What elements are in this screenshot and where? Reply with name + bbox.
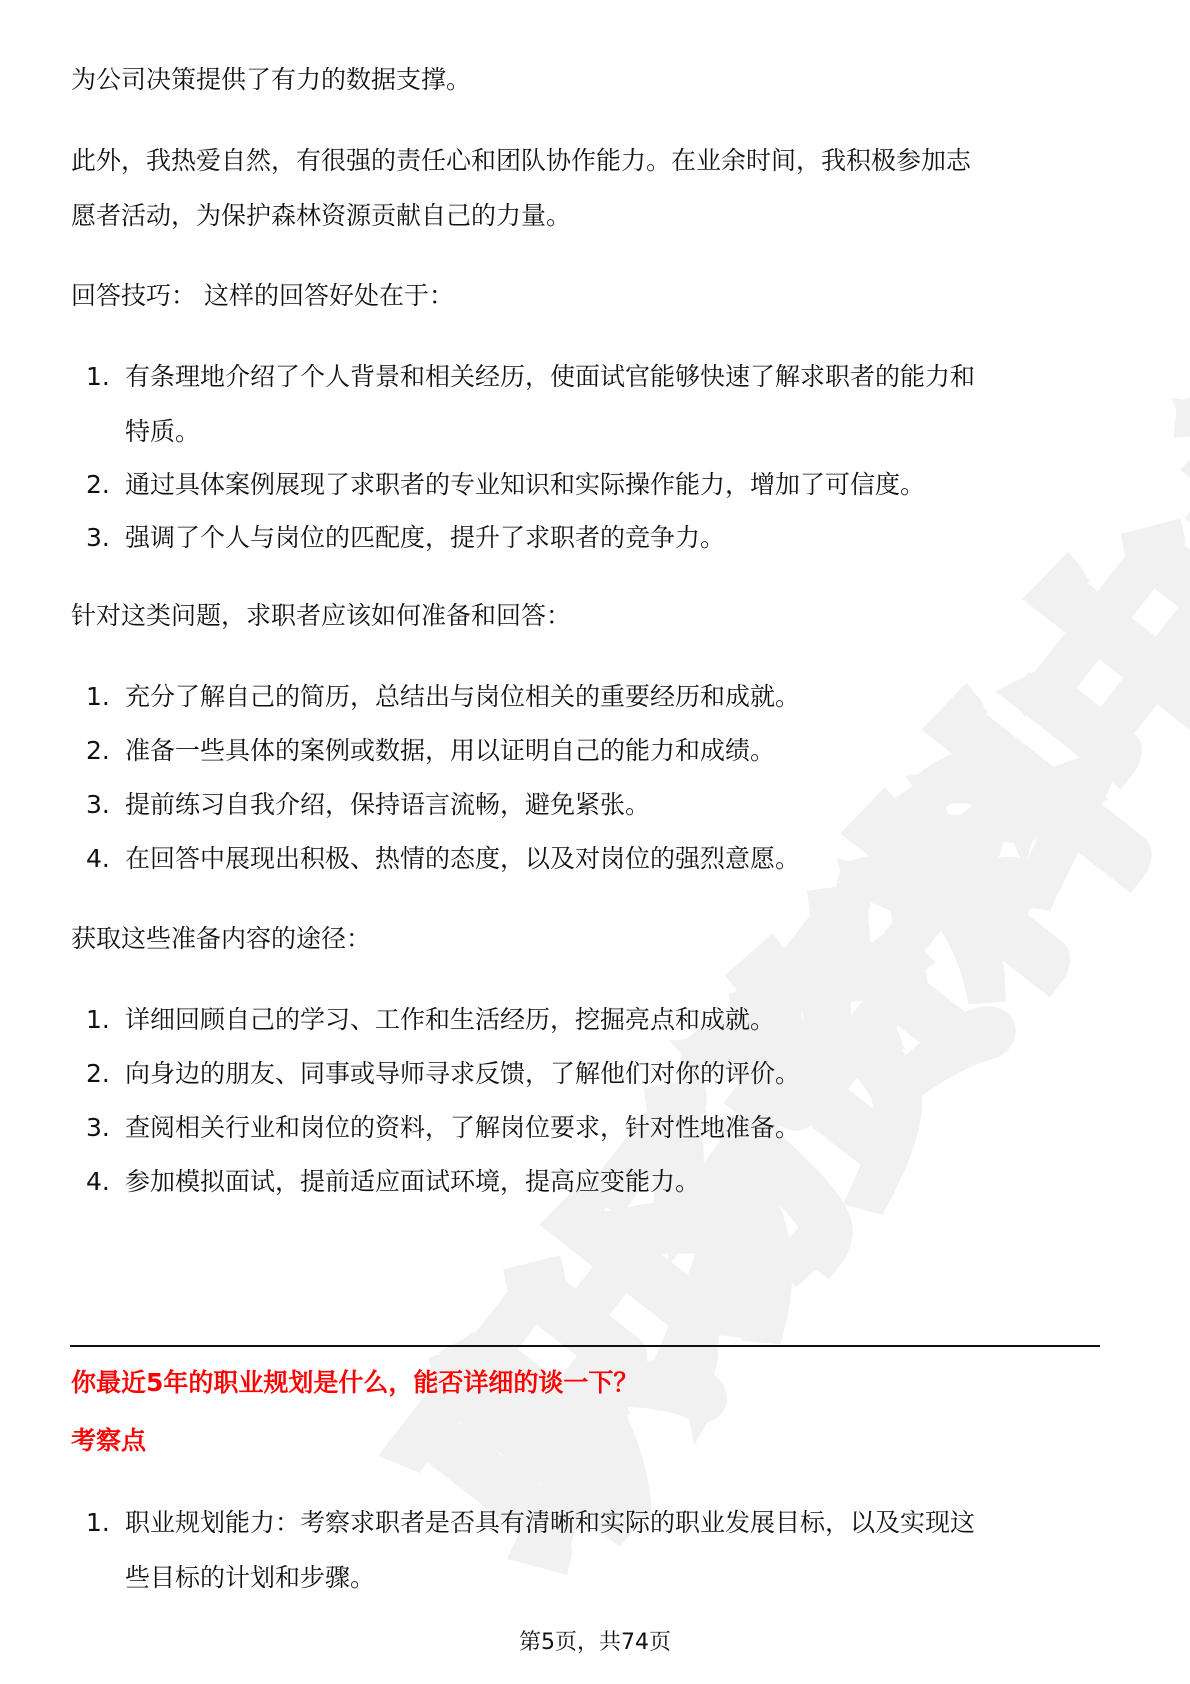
list-number: 3. [86, 792, 125, 817]
list-text: 特质。 [125, 417, 200, 446]
paragraph-intro-tail: 为公司决策提供了有力的数据支撑。 [71, 67, 471, 92]
paragraph-extra-line-2: 愿者活动，为保护森林资源贡献自己的力量。 [71, 203, 571, 228]
tips-list-item-continuation: 特质。 [86, 419, 200, 444]
sources-list-item: 4.参加模拟面试，提前适应面试环境，提高应变能力。 [86, 1169, 700, 1194]
list-text: 提前练习自我介绍，保持语言流畅，避免紧张。 [125, 790, 650, 819]
list-text: 通过具体案例展现了求职者的专业知识和实际操作能力，增加了可信度。 [125, 470, 925, 499]
list-text: 准备一些具体的案例或数据，用以证明自己的能力和成绩。 [125, 736, 775, 765]
section-divider [70, 1345, 1100, 1347]
list-text: 有条理地介绍了个人背景和相关经历，使面试官能够快速了解求职者的能力和 [125, 362, 975, 391]
prep-list-item: 1.充分了解自己的简历，总结出与岗位相关的重要经历和成就。 [86, 684, 800, 709]
prep-list-item: 3.提前练习自我介绍，保持语言流畅，避免紧张。 [86, 792, 650, 817]
list-number: 4. [86, 846, 125, 871]
list-number: 3. [86, 525, 125, 550]
list-number: 3. [86, 1115, 125, 1140]
assessment-list-item-continuation: 些目标的计划和步骤。 [86, 1565, 375, 1590]
list-number: 1. [86, 364, 125, 389]
prep-list-item: 4.在回答中展现出积极、热情的态度，以及对岗位的强烈意愿。 [86, 846, 800, 871]
sources-list-item: 2.向身边的朋友、同事或导师寻求反馈，了解他们对你的评价。 [86, 1061, 800, 1086]
sources-heading: 获取这些准备内容的途径： [71, 926, 371, 951]
list-text: 向身边的朋友、同事或导师寻求反馈，了解他们对你的评价。 [125, 1059, 800, 1088]
list-text: 详细回顾自己的学习、工作和生活经历，挖掘亮点和成就。 [125, 1005, 775, 1034]
list-number: 2. [86, 738, 125, 763]
assessment-list-item: 1.职业规划能力：考察求职者是否具有清晰和实际的职业发展目标，以及实现这 [86, 1510, 975, 1535]
prep-heading: 针对这类问题，求职者应该如何准备和回答： [71, 603, 571, 628]
list-number: 2. [86, 1061, 125, 1086]
tips-list-item: 3.强调了个人与岗位的匹配度，提升了求职者的竞争力。 [86, 525, 725, 550]
tips-list-item: 1.有条理地介绍了个人背景和相关经历，使面试官能够快速了解求职者的能力和 [86, 364, 975, 389]
assessment-heading: 考察点 [71, 1428, 146, 1453]
list-number: 1. [86, 1007, 125, 1032]
list-text: 职业规划能力：考察求职者是否具有清晰和实际的职业发展目标，以及实现这 [125, 1508, 975, 1537]
page-indicator: 第5页，共74页 [0, 1625, 1190, 1656]
list-text: 强调了个人与岗位的匹配度，提升了求职者的竞争力。 [125, 523, 725, 552]
list-number: 2. [86, 472, 125, 497]
list-number: 1. [86, 684, 125, 709]
list-number: 1. [86, 1510, 125, 1535]
list-number: 4. [86, 1169, 125, 1194]
sources-list-item: 3.查阅相关行业和岗位的资料，了解岗位要求，针对性地准备。 [86, 1115, 800, 1140]
list-text: 查阅相关行业和岗位的资料，了解岗位要求，针对性地准备。 [125, 1113, 800, 1142]
paragraph-extra-line-1: 此外，我热爱自然，有很强的责任心和团队协作能力。在业余时间，我积极参加志 [71, 148, 971, 173]
watermark: 职场资料中心 [0, 0, 1190, 1684]
list-text: 些目标的计划和步骤。 [125, 1563, 375, 1592]
list-text: 充分了解自己的简历，总结出与岗位相关的重要经历和成就。 [125, 682, 800, 711]
sources-list-item: 1.详细回顾自己的学习、工作和生活经历，挖掘亮点和成就。 [86, 1007, 775, 1032]
list-text: 参加模拟面试，提前适应面试环境，提高应变能力。 [125, 1167, 700, 1196]
watermark-text: 职场资料中心 [325, 262, 1190, 1618]
question-title: 你最近5年的职业规划是什么，能否详细的谈一下？ [71, 1370, 638, 1395]
tips-list-item: 2.通过具体案例展现了求职者的专业知识和实际操作能力，增加了可信度。 [86, 472, 925, 497]
tips-heading: 回答技巧： 这样的回答好处在于： [71, 283, 454, 308]
prep-list-item: 2.准备一些具体的案例或数据，用以证明自己的能力和成绩。 [86, 738, 775, 763]
list-text: 在回答中展现出积极、热情的态度，以及对岗位的强烈意愿。 [125, 844, 800, 873]
